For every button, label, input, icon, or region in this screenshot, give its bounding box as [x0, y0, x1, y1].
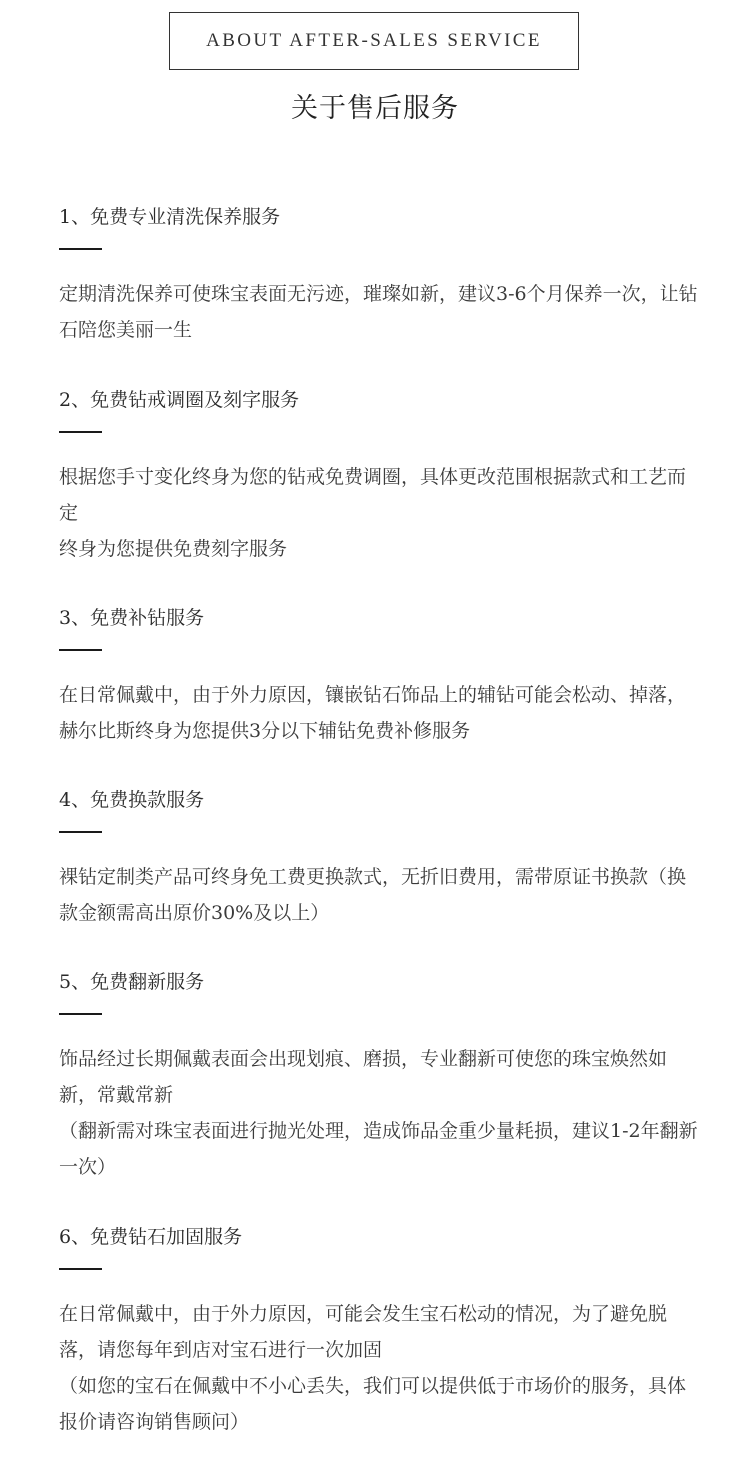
section-title: 1、免费专业清洗保养服务: [59, 203, 699, 231]
service-section-refurbish: 5、免费翻新服务 饰品经过长期佩戴表面会出现划痕、磨损，专业翻新可使您的珠宝焕然…: [59, 968, 699, 1185]
section-body: 在日常佩戴中，由于外力原因，可能会发生宝石松动的情况，为了避免脱落，请您每年到店…: [59, 1296, 699, 1440]
section-paragraph: （如您的宝石在佩戴中不小心丢失，我们可以提供低于市场价的服务，具体报价请咨询销售…: [59, 1368, 699, 1440]
section-paragraph: 定期清洗保养可使珠宝表面无污迹，璀璨如新，建议3-6个月保养一次，让钻石陪您美丽…: [59, 276, 699, 348]
service-section-cleaning: 1、免费专业清洗保养服务 定期清洗保养可使珠宝表面无污迹，璀璨如新，建议3-6个…: [59, 203, 699, 348]
section-title: 3、免费补钻服务: [59, 604, 699, 632]
service-section-ring-resize: 2、免费钻戒调圈及刻字服务 根据您手寸变化终身为您的钻戒免费调圈，具体更改范围根…: [59, 386, 699, 567]
header-title-en: ABOUT AFTER-SALES SERVICE: [206, 30, 542, 52]
section-paragraph: （翻新需对珠宝表面进行抛光处理，造成饰品金重少量耗损，建议1-2年翻新一次）: [59, 1113, 699, 1185]
section-paragraph: 终身为您提供免费刻字服务: [59, 531, 699, 567]
section-divider: [59, 431, 102, 433]
section-divider: [59, 248, 102, 250]
service-section-stone-replacement: 3、免费补钻服务 在日常佩戴中，由于外力原因，镶嵌钻石饰品上的辅钻可能会松动、掉…: [59, 604, 699, 749]
section-title: 4、免费换款服务: [59, 786, 699, 814]
service-section-style-exchange: 4、免费换款服务 裸钻定制类产品可终身免工费更换款式，无折旧费用，需带原证书换款…: [59, 786, 699, 931]
section-paragraph: 根据您手寸变化终身为您的钻戒免费调圈，具体更改范围根据款式和工艺而定: [59, 459, 699, 531]
section-body: 定期清洗保养可使珠宝表面无污迹，璀璨如新，建议3-6个月保养一次，让钻石陪您美丽…: [59, 276, 699, 348]
section-body: 在日常佩戴中，由于外力原因，镶嵌钻石饰品上的辅钻可能会松动、掉落，赫尔比斯终身为…: [59, 677, 699, 749]
section-body: 饰品经过长期佩戴表面会出现划痕、磨损，专业翻新可使您的珠宝焕然如新，常戴常新 （…: [59, 1041, 699, 1185]
section-divider: [59, 1268, 102, 1270]
service-section-stone-reinforce: 6、免费钻石加固服务 在日常佩戴中，由于外力原因，可能会发生宝石松动的情况，为了…: [59, 1223, 699, 1440]
section-divider: [59, 831, 102, 833]
section-paragraph: 在日常佩戴中，由于外力原因，镶嵌钻石饰品上的辅钻可能会松动、掉落，赫尔比斯终身为…: [59, 677, 699, 749]
section-title: 2、免费钻戒调圈及刻字服务: [59, 386, 699, 414]
section-title: 6、免费钻石加固服务: [59, 1223, 699, 1251]
section-divider: [59, 1013, 102, 1015]
section-body: 裸钻定制类产品可终身免工费更换款式，无折旧费用，需带原证书换款（换款金额需高出原…: [59, 859, 699, 931]
header-en-box: ABOUT AFTER-SALES SERVICE: [169, 12, 579, 70]
section-title: 5、免费翻新服务: [59, 968, 699, 996]
section-body: 根据您手寸变化终身为您的钻戒免费调圈，具体更改范围根据款式和工艺而定 终身为您提…: [59, 459, 699, 567]
section-paragraph: 饰品经过长期佩戴表面会出现划痕、磨损，专业翻新可使您的珠宝焕然如新，常戴常新: [59, 1041, 699, 1113]
page-title: 关于售后服务: [0, 86, 750, 125]
section-paragraph: 裸钻定制类产品可终身免工费更换款式，无折旧费用，需带原证书换款（换款金额需高出原…: [59, 859, 699, 931]
section-paragraph: 在日常佩戴中，由于外力原因，可能会发生宝石松动的情况，为了避免脱落，请您每年到店…: [59, 1296, 699, 1368]
section-divider: [59, 649, 102, 651]
